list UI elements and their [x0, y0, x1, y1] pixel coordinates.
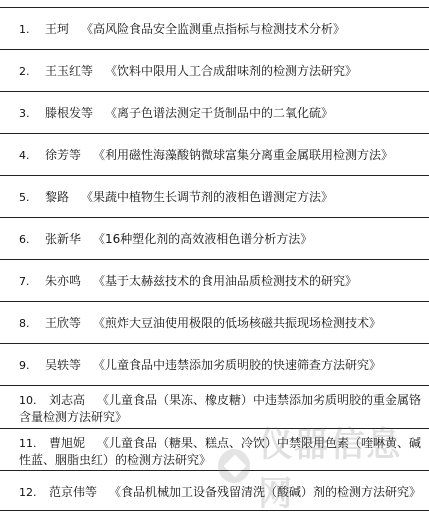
item-title: 《果蔬中植物生长调节剂的液相色谱测定方法》	[81, 190, 333, 204]
list-item: 5.黎路《果蔬中植物生长调节剂的液相色谱测定方法》	[0, 175, 429, 217]
item-number: 2.	[19, 64, 45, 80]
item-title: 《饮料中限用人工合成甜味剂的检测方法研究》	[105, 64, 357, 78]
item-title: 《儿童食品中违禁添加劣质明胶的快速筛查方法研究》	[93, 358, 381, 372]
item-author: 范京伟等	[49, 485, 97, 499]
item-author: 滕根发等	[45, 106, 93, 120]
list-item: 7.朱亦鸣《基于太赫兹技术的食用油品质检测技术的研究》	[0, 259, 429, 301]
list-item: 9.吴轶等《儿童食品中违禁添加劣质明胶的快速筛查方法研究》	[0, 343, 429, 385]
publication-list: 1.王珂《高风险食品安全监测重点指标与检测技术分析》 2.王玉红等《饮料中限用人…	[0, 7, 429, 511]
item-title: 《高风险食品安全监测重点指标与检测技术分析》	[81, 22, 345, 36]
item-number: 8.	[19, 316, 45, 332]
item-number: 6.	[19, 232, 45, 248]
item-author: 曹旭妮	[49, 436, 85, 450]
item-author: 王珂	[45, 22, 69, 36]
list-item: 2.王玉红等《饮料中限用人工合成甜味剂的检测方法研究》	[0, 49, 429, 91]
item-author: 张新华	[45, 232, 81, 246]
item-number: 7.	[19, 274, 45, 290]
item-number: 3.	[19, 106, 45, 122]
list-item: 4.徐芳等《利用磁性海藻酸钠微球富集分离重金属联用检测方法》	[0, 133, 429, 175]
item-title: 《离子色谱法测定干货制品中的二氧化硫》	[105, 106, 333, 120]
item-author: 王玉红等	[45, 64, 93, 78]
item-author: 徐芳等	[45, 148, 81, 162]
item-author: 朱亦鸣	[45, 274, 81, 288]
item-author: 王欣等	[45, 316, 81, 330]
item-number: 5.	[19, 190, 45, 206]
list-item: 10.刘志高《儿童食品（果冻、橡皮糖）中违禁添加劣质明胶的重金属铬含量检测方法研…	[0, 385, 429, 428]
item-number: 12.	[19, 485, 49, 501]
list-item: 8.王欣等《煎炸大豆油使用极限的低场核磁共振现场检测技术》	[0, 301, 429, 343]
item-number: 9.	[19, 358, 45, 374]
item-title: 《16种塑化剂的高效液相色谱分析方法》	[93, 232, 312, 246]
item-title: 《基于太赫兹技术的食用油品质检测技术的研究》	[93, 274, 357, 288]
list-item: 1.王珂《高风险食品安全监测重点指标与检测技术分析》	[0, 7, 429, 49]
item-title: 《食品机械加工设备残留清洗（酸碱）剂的检测方法研究》	[109, 485, 421, 499]
list-item: 6.张新华《16种塑化剂的高效液相色谱分析方法》	[0, 217, 429, 259]
item-author: 吴轶等	[45, 358, 81, 372]
item-number: 11.	[19, 436, 49, 452]
item-number: 4.	[19, 148, 45, 164]
list-item: 12.范京伟等《食品机械加工设备残留清洗（酸碱）剂的检测方法研究》	[0, 470, 429, 511]
item-title: 《煎炸大豆油使用极限的低场核磁共振现场检测技术》	[93, 316, 381, 330]
item-author: 黎路	[45, 190, 69, 204]
item-number: 10.	[19, 393, 49, 409]
list-item: 11.曹旭妮《儿童食品（糖果、糕点、冷饮）中禁限用色素（喹啉黄、碱性蓝、胭脂虫红…	[0, 428, 429, 470]
list-item: 3.滕根发等《离子色谱法测定干货制品中的二氧化硫》	[0, 91, 429, 133]
item-author: 刘志高	[49, 393, 85, 407]
item-title: 《利用磁性海藻酸钠微球富集分离重金属联用检测方法》	[93, 148, 393, 162]
item-number: 1.	[19, 22, 45, 38]
